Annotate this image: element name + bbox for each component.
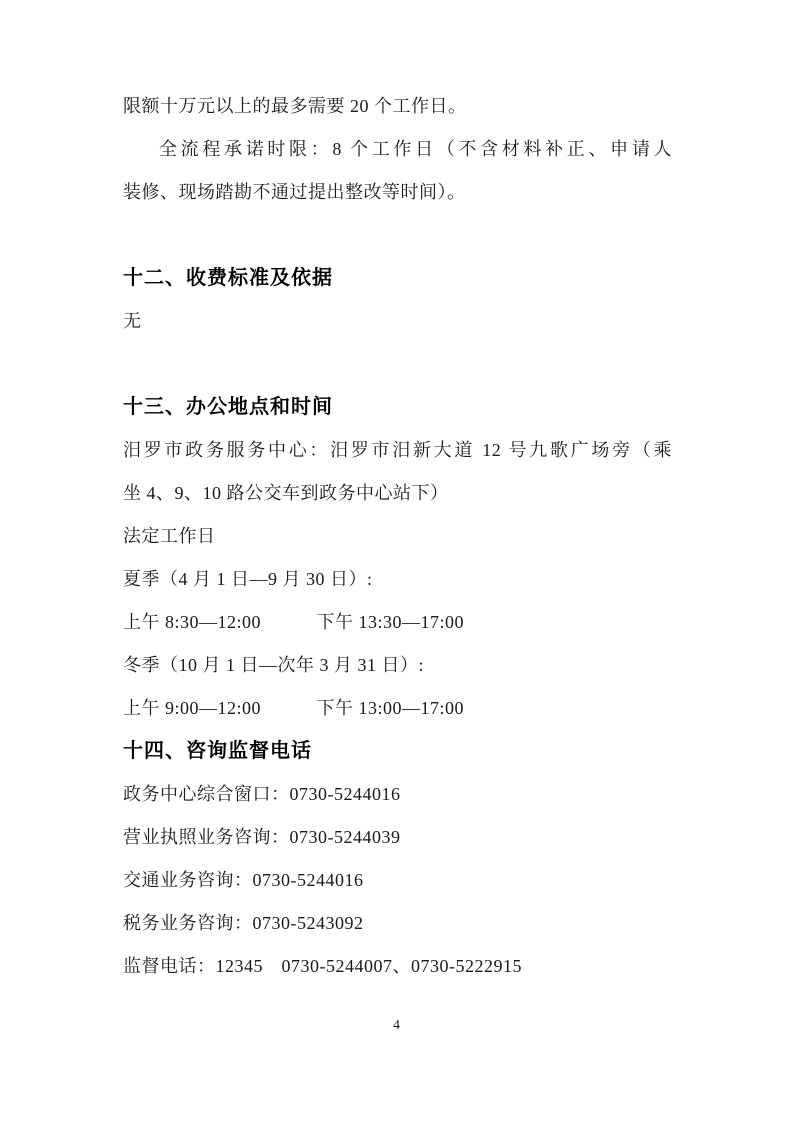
paragraph-line: 坐 4、9、10 路公交车到政务中心站下） <box>123 472 672 515</box>
blank-line <box>123 343 672 386</box>
paragraph-line: 无 <box>123 300 672 343</box>
paragraph-line: 政务中心综合窗口：0730-5244016 <box>123 773 672 816</box>
paragraph-line: 法定工作日 <box>123 515 672 558</box>
blank-line <box>123 214 672 257</box>
document-body: 限额十万元以上的最多需要 20 个工作日。 全流程承诺时限：8 个工作日（不含材… <box>123 85 672 988</box>
paragraph-line: 夏季（4 月 1 日—9 月 30 日）: <box>123 558 672 601</box>
section-heading-13: 十三、办公地点和时间 <box>123 386 672 429</box>
paragraph-line: 上午 9:00—12:00 下午 13:00—17:00 <box>123 687 672 730</box>
paragraph-line: 冬季（10 月 1 日—次年 3 月 31 日）: <box>123 644 672 687</box>
paragraph-line: 监督电话：12345 0730-5244007、0730-5222915 <box>123 945 672 988</box>
paragraph-line: 装修、现场踏勘不通过提出整改等时间）。 <box>123 171 672 214</box>
paragraph-line: 全流程承诺时限：8 个工作日（不含材料补正、申请人 <box>123 128 672 171</box>
section-heading-14: 十四、咨询监督电话 <box>123 730 672 773</box>
paragraph-line: 交通业务咨询：0730-5244016 <box>123 859 672 902</box>
section-heading-12: 十二、收费标准及依据 <box>123 257 672 300</box>
paragraph-line: 税务业务咨询：0730-5243092 <box>123 902 672 945</box>
page-number: 4 <box>0 1018 793 1034</box>
paragraph-line: 营业执照业务咨询：0730-5244039 <box>123 816 672 859</box>
paragraph-line: 上午 8:30—12:00 下午 13:30—17:00 <box>123 601 672 644</box>
paragraph-line: 汨罗市政务服务中心：汨罗市汨新大道 12 号九歌广场旁（乘 <box>123 429 672 472</box>
document-page: 限额十万元以上的最多需要 20 个工作日。 全流程承诺时限：8 个工作日（不含材… <box>0 0 793 1122</box>
paragraph-line: 限额十万元以上的最多需要 20 个工作日。 <box>123 85 672 128</box>
